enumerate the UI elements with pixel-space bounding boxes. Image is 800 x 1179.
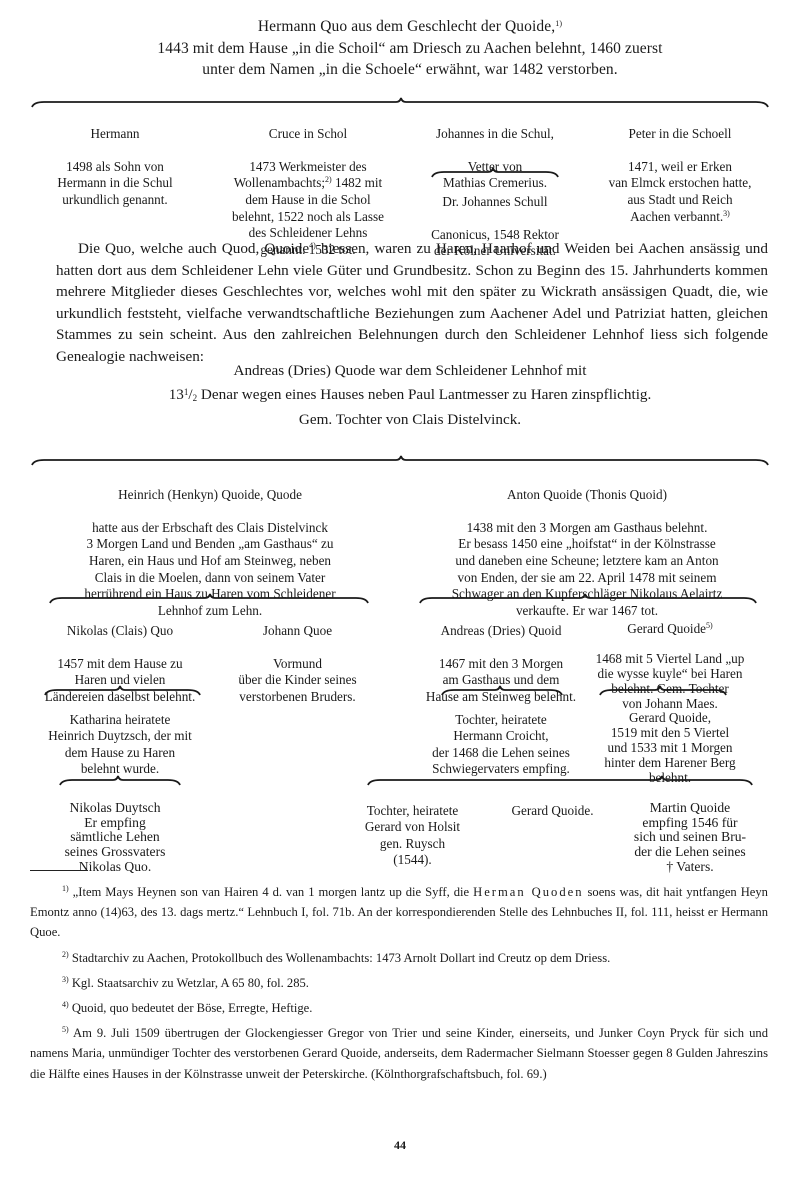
footnote-3: 3) Kgl. Staatsarchiv zu Wetzlar, A 65 80… bbox=[30, 973, 768, 993]
text-part: Die Quo, welche auch Quod, Quoide bbox=[78, 240, 309, 257]
person-name: Heinrich (Henkyn) Quoide, Quode bbox=[30, 487, 390, 504]
person-tochter-croicht: Tochter, heiratete Hermann Croicht, der … bbox=[416, 695, 586, 795]
person-name: Nikolas (Clais) Quo bbox=[30, 623, 210, 640]
ancestor-line-2: 131/2 Denar wegen eines Hauses neben Pau… bbox=[90, 382, 730, 410]
text-part: Stadtarchiv zu Aachen, Protokollbuch des… bbox=[69, 951, 611, 965]
head-line-2: 1443 mit dem Hause „in die Schoil“ am Dr… bbox=[60, 38, 760, 60]
ancestor-line-3: Gem. Tochter von Clais Distelvinck. bbox=[90, 409, 730, 431]
footnote-ref: 2) bbox=[325, 175, 332, 184]
ancestor-line-1: Andreas (Dries) Quode war dem Schleidene… bbox=[90, 360, 730, 382]
person-tochter-holsit: Tochter, heiratete Gerard von Holsit gen… bbox=[350, 786, 475, 886]
head-line-3: unter dem Namen „in die Schoele“ erwähnt… bbox=[60, 59, 760, 81]
text-part: hiessen, waren zu Haren, Haarhof und Wei… bbox=[56, 240, 768, 365]
text-part: „Item Mays Heynen son van Hairen 4 d. va… bbox=[69, 885, 473, 899]
footnote-mark: 3) bbox=[62, 975, 69, 984]
person-text: 1438 mit den 3 Morgen am Gasthaus belehn… bbox=[412, 520, 762, 620]
person-name: Gerard Quoide5) bbox=[580, 621, 760, 636]
person-nikolas-duytsch: Nikolas Duytsch Er empfing sämtliche Leh… bbox=[40, 786, 190, 890]
person-peter: Peter in die Schoell 1471, weil er Erken… bbox=[585, 109, 775, 242]
text-part: Herman Quoden bbox=[473, 885, 583, 899]
footnote-ref: 5) bbox=[706, 621, 713, 630]
person-hermann: Hermann 1498 als Sohn von Hermann in die… bbox=[40, 109, 190, 225]
footnote-mark: 4) bbox=[62, 1000, 69, 1009]
person-martin-quoide: Martin Quoide empfing 1546 für sich und … bbox=[620, 786, 760, 890]
family-head-entry: Hermann Quo aus dem Geschlecht der Quoid… bbox=[60, 16, 760, 81]
text-part: Quoid, quo bedeutet der Böse, Erregte, H… bbox=[69, 1001, 313, 1015]
footnote-1: 1) „Item Mays Heynen son van Hairen 4 d.… bbox=[30, 882, 768, 943]
person-name: Hermann bbox=[40, 126, 190, 143]
footnote-mark: 5) bbox=[62, 1025, 69, 1034]
body-paragraph: Die Quo, welche auch Quod, Quoide4) hies… bbox=[56, 238, 768, 368]
footnote-ref: 3) bbox=[723, 209, 730, 218]
page-number: 44 bbox=[380, 1138, 420, 1153]
person-katharina: Katharina heiratete Heinrich Duytzsch, d… bbox=[30, 695, 210, 795]
person-text: Gerard Quoide. bbox=[490, 803, 615, 820]
footnote-ref: 1) bbox=[555, 19, 562, 28]
person-name: Johannes in die Schul, bbox=[405, 126, 585, 143]
person-name: Johann Quoe bbox=[215, 623, 380, 640]
footnote-separator bbox=[30, 870, 88, 871]
footnote-ref: 4) bbox=[309, 241, 316, 250]
person-gerard-quoide-1519: Gerard Quoide, 1519 mit den 5 Viertel un… bbox=[580, 695, 760, 800]
footnotes: 1) „Item Mays Heynen son van Hairen 4 d.… bbox=[30, 882, 768, 1089]
footnote-mark: 1) bbox=[62, 884, 69, 893]
person-text: Nikolas Duytsch Er empfing sämtliche Leh… bbox=[40, 801, 190, 875]
amount-numerator: 1 bbox=[184, 387, 189, 397]
text-part: Gerard Quoide bbox=[627, 621, 706, 636]
person-name: Dr. Johannes Schull bbox=[405, 194, 585, 211]
ancestor-andreas-quode: Andreas (Dries) Quode war dem Schleidene… bbox=[90, 360, 730, 431]
head-line-1: Hermann Quo aus dem Geschlecht der Quoid… bbox=[258, 18, 555, 35]
footnote-5: 5) Am 9. Juli 1509 übertrugen der Glocke… bbox=[30, 1023, 768, 1084]
person-text: 1498 als Sohn von Hermann in die Schul u… bbox=[40, 159, 190, 209]
person-name: Anton Quoide (Thonis Quoid) bbox=[412, 487, 762, 504]
person-text: Gerard Quoide, 1519 mit den 5 Viertel un… bbox=[580, 710, 760, 785]
person-name: Cruce in Schol bbox=[218, 126, 398, 143]
text-part: Denar wegen eines Hauses neben Paul Lant… bbox=[197, 386, 651, 403]
person-text: Katharina heiratete Heinrich Duytzsch, d… bbox=[30, 712, 210, 778]
footnote-2: 2) Stadtarchiv zu Aachen, Protokollbuch … bbox=[30, 948, 768, 968]
text-part: Am 9. Juli 1509 übertrugen der Glockengi… bbox=[30, 1026, 768, 1080]
person-text: Vormund über die Kinder seines verstorbe… bbox=[215, 656, 380, 706]
person-gerard-quoide: Gerard Quoide. bbox=[490, 786, 615, 836]
person-text: 1471, weil er Erken van Elmck erstochen … bbox=[585, 159, 775, 225]
text-part: Kgl. Staatsarchiv zu Wetzlar, A 65 80, f… bbox=[69, 976, 309, 990]
footnote-4: 4) Quoid, quo bedeutet der Böse, Erregte… bbox=[30, 998, 768, 1018]
person-text: Tochter, heiratete Gerard von Holsit gen… bbox=[350, 803, 475, 869]
person-text: Martin Quoide empfing 1546 für sich und … bbox=[620, 801, 760, 875]
footnote-mark: 2) bbox=[62, 950, 69, 959]
person-text: Tochter, heiratete Hermann Croicht, der … bbox=[416, 712, 586, 778]
person-johann-quoe: Johann Quoe Vormund über die Kinder sein… bbox=[215, 606, 380, 722]
person-text: hatte aus der Erbschaft des Clais Distel… bbox=[30, 520, 390, 620]
amount-whole: 13 bbox=[169, 386, 184, 403]
person-name: Peter in die Schoell bbox=[585, 126, 775, 143]
person-name: Andreas (Dries) Quoid bbox=[416, 623, 586, 640]
